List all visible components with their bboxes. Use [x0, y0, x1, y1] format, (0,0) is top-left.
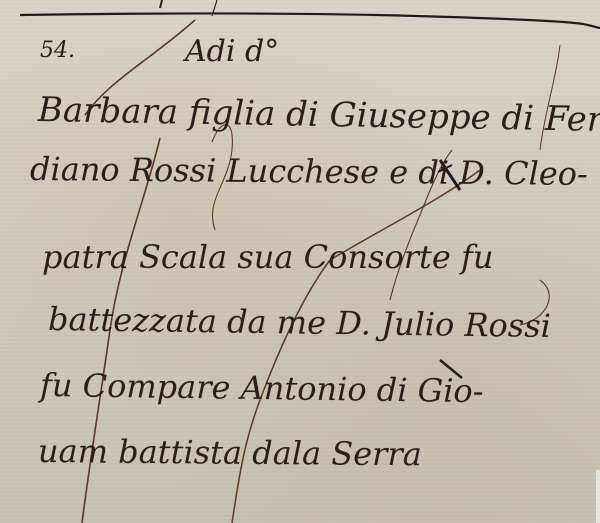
manuscript-page: 54. Adi d° Barbara figlia di Giuseppe di… — [0, 0, 600, 523]
text-line-4: battezzata da me D. Julio Rossi — [48, 300, 551, 345]
top-rule-line — [20, 13, 600, 28]
text-line-3: patra Scala sua Consorte fu — [42, 238, 493, 276]
text-line-6: uam battista dala Serra — [38, 432, 422, 473]
entry-number: 54. — [40, 38, 75, 63]
text-line-2: diano Rossi Lucchese e di D. Cleo- — [30, 150, 588, 193]
text-line-5: fu Compare Antonio di Gio- — [40, 366, 484, 410]
text-line-1: Barbara figlia di Giuseppe di Fer- — [38, 90, 600, 140]
entry-heading: Adi d° — [185, 34, 279, 69]
page-edge — [596, 470, 600, 523]
